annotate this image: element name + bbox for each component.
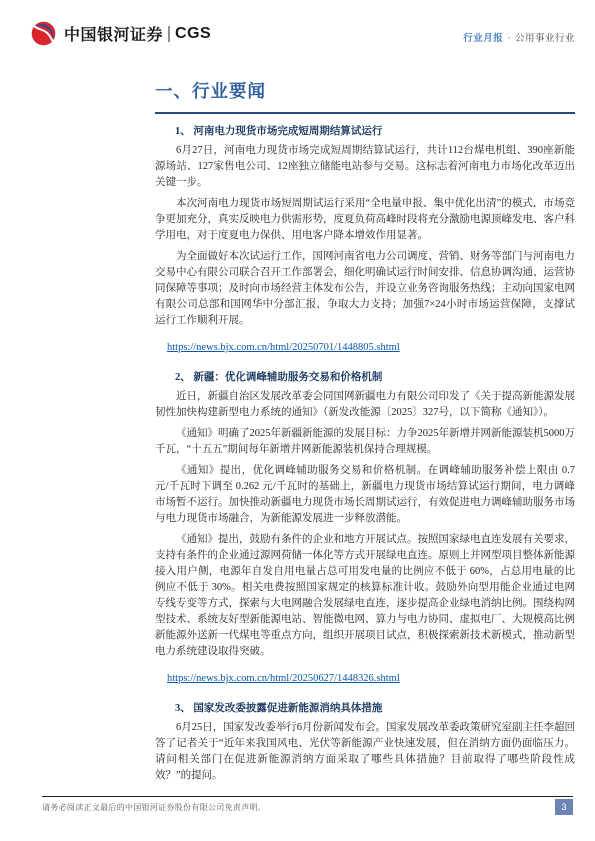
section-rule xyxy=(155,112,575,114)
brand-logo: 中国银河证券 CGS xyxy=(30,20,211,47)
report-body: 一、行业要闻 1、 河南电力现货市场完成短周期结算试运行 6月27日，河南电力现… xyxy=(155,78,575,789)
report-page: 中国银河证券 CGS 行业月报·公用事业行业 一、行业要闻 1、 河南电力现货市… xyxy=(0,0,595,841)
brand-name-cn: 中国银河证券 xyxy=(64,22,163,45)
paragraph: 6月27日，河南电力现货市场完成短周期结算试运行，共计112台煤电机组、390座… xyxy=(155,143,575,191)
section-title: 一、行业要闻 xyxy=(155,78,575,103)
report-type-label: 行业月报·公用事业行业 xyxy=(463,30,575,44)
paragraph: 近日，新疆自治区发展改革委会同国网新疆电力有限公司印发了《关于提高新能源发展韧性… xyxy=(155,389,575,421)
brand-divider xyxy=(168,26,170,42)
page-number-badge: 3 xyxy=(555,799,573,815)
paragraph: 本次河南电力现货市场短周期试运行采用“全电量申报、集中优化出清”的模式，市场竞争… xyxy=(155,196,575,244)
doc-type: 行业月报 xyxy=(463,34,503,44)
news-item-2: 2、 新疆：优化调峰辅助服务交易和价格机制 近日，新疆自治区发展改革委会同国网新… xyxy=(155,369,575,693)
paragraph: 《通知》明确了2025年新疆新能源的发展目标：力争2025年新增并网新能源装机5… xyxy=(155,426,575,458)
galaxy-swirl-icon xyxy=(30,20,57,47)
brand-name-en: CGS xyxy=(175,25,211,43)
footer-rule xyxy=(42,796,573,797)
industry-name: 公用事业行业 xyxy=(515,34,575,44)
source-link[interactable]: https://news.bjx.com.cn/html/20250701/14… xyxy=(167,340,400,355)
news-item-3: 3、 国家发改委披露促进新能源消纳具体措施 6月25日，国家发改委举行6月份新闻… xyxy=(155,700,575,784)
disclaimer-text: 请务必阅读正文最后的中国银河证券股份有限公司免责声明。 xyxy=(42,802,266,813)
paragraph: 为全面做好本次试运行工作，国网河南省电力公司调度、营销、财务等部门与河南电力交易… xyxy=(155,249,575,329)
source-link[interactable]: https://news.bjx.com.cn/html/20250627/14… xyxy=(167,671,400,686)
paragraph: 《通知》提出，优化调峰辅助服务交易和价格机制。在调峰辅助服务补偿上限由 0.7 … xyxy=(155,463,575,527)
news-heading: 2、 新疆：优化调峰辅助服务交易和价格机制 xyxy=(155,369,575,384)
separator-dot: · xyxy=(507,34,511,44)
news-item-1: 1、 河南电力现货市场完成短周期结算试运行 6月27日，河南电力现货市场完成短周… xyxy=(155,123,575,362)
paragraph: 6月25日，国家发改委举行6月份新闻发布会。国家发展改革委政策研究室副主任李超回… xyxy=(155,720,575,784)
paragraph: 《通知》提出，鼓励有条件的企业和地方开展试点。按照国家绿电直连发展有关要求，支持… xyxy=(155,532,575,660)
news-heading: 3、 国家发改委披露促进新能源消纳具体措施 xyxy=(155,700,575,715)
page-header: 中国银河证券 CGS 行业月报·公用事业行业 xyxy=(30,20,575,52)
news-heading: 1、 河南电力现货市场完成短周期结算试运行 xyxy=(155,123,575,138)
